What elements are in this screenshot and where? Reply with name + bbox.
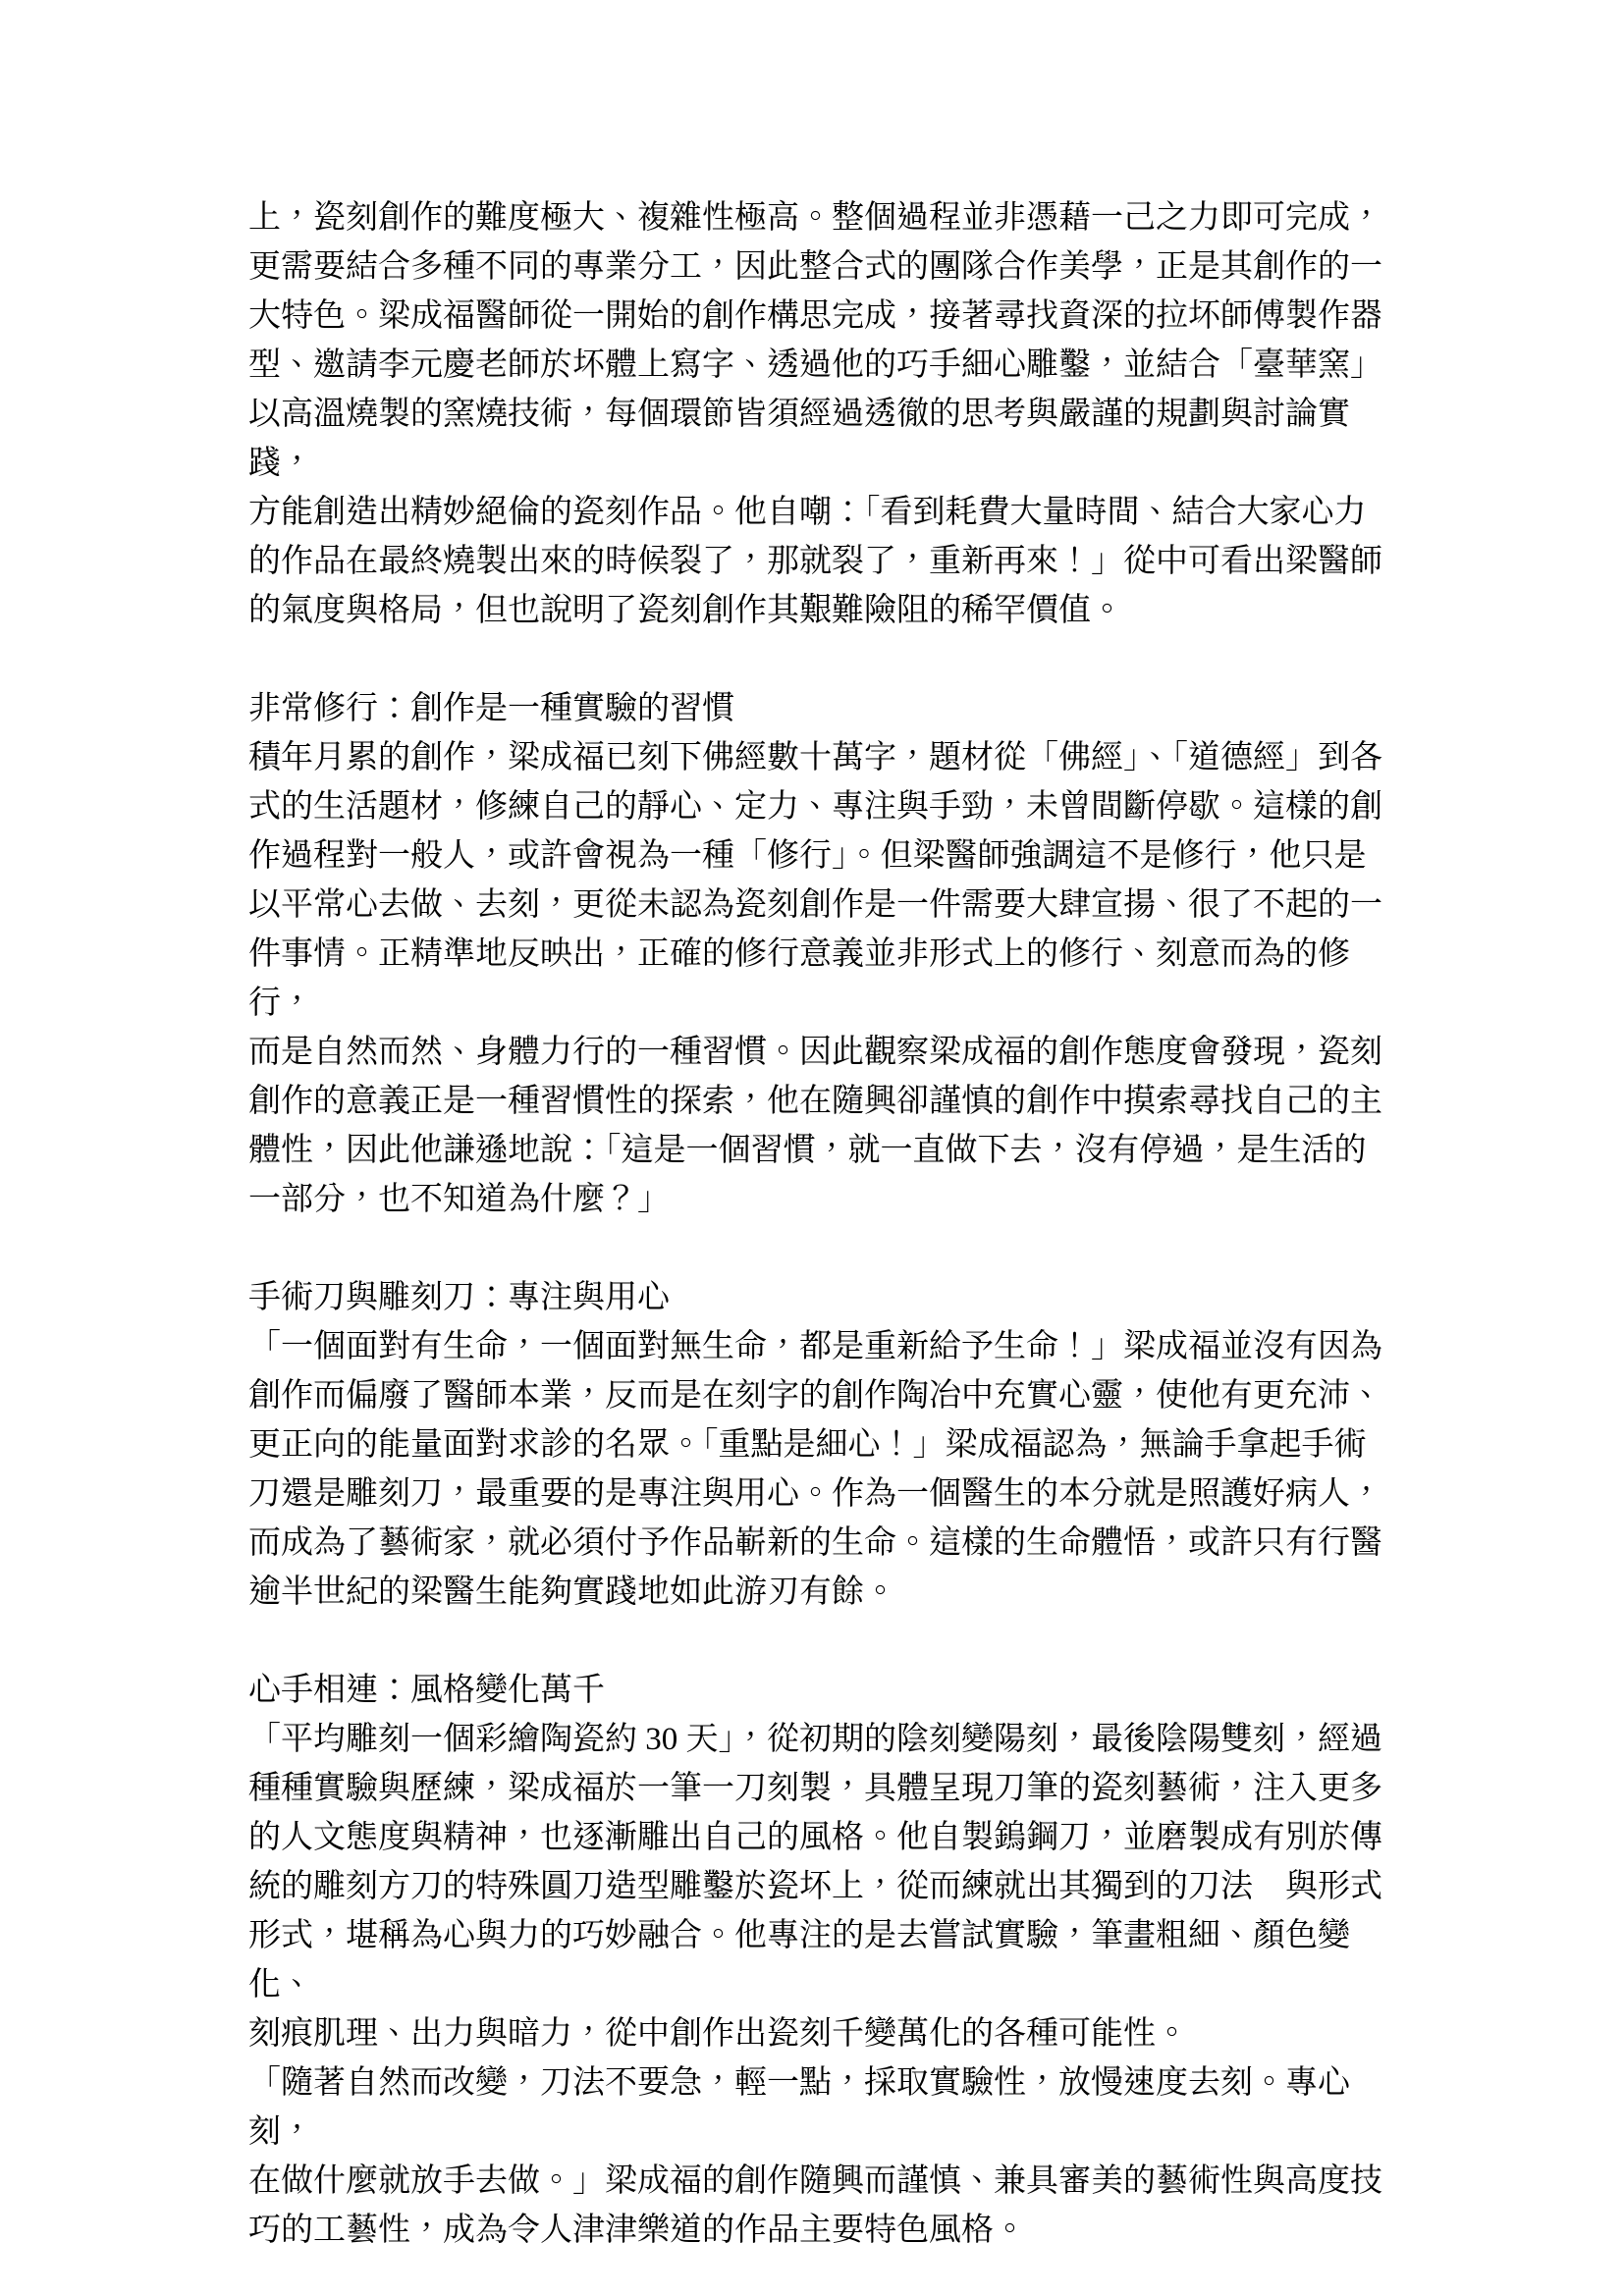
- section-heading-practice-habit: 非常修行：創作是一種實驗的習慣: [248, 684, 1397, 733]
- paragraph-carving-advice-quote: 「隨著自然而改變，刀法不要急，輕一點，採取實驗性，放慢速度去刻。專心刻， 在做什…: [248, 2058, 1397, 2255]
- paragraph-teamwork-and-kiln: 上，瓷刻創作的難度極大、複雜性極高。整個過程並非憑藉一己之力即可完成， 更需要結…: [248, 193, 1397, 635]
- paragraph-style-variation: 「平均雕刻一個彩繪陶瓷約 30 天」，從初期的陰刻變陽刻，最後陰陽雙刻，經過 種…: [248, 1715, 1397, 2058]
- section-heading-style-variation: 心手相連：風格變化萬千: [248, 1666, 1397, 1715]
- paragraph-scalpel-and-carving-knife: 「一個面對有生命，一個面對無生命，都是重新給予生命！」梁成福並沒有因為 創作而偏…: [248, 1322, 1397, 1617]
- document-page: 上，瓷刻創作的難度極大、複雜性極高。整個過程並非憑藉一己之力即可完成， 更需要結…: [0, 0, 1624, 2296]
- section-heading-scalpel-and-carving-knife: 手術刀與雕刻刀：專注與用心: [248, 1273, 1397, 1322]
- paragraph-practice-habit: 積年月累的創作，梁成福已刻下佛經數十萬字，題材從「佛經」、「道德經」到各 式的生…: [248, 733, 1397, 1224]
- document-content: 上，瓷刻創作的難度極大、複雜性極高。整個過程並非憑藉一己之力即可完成， 更需要結…: [248, 193, 1397, 2255]
